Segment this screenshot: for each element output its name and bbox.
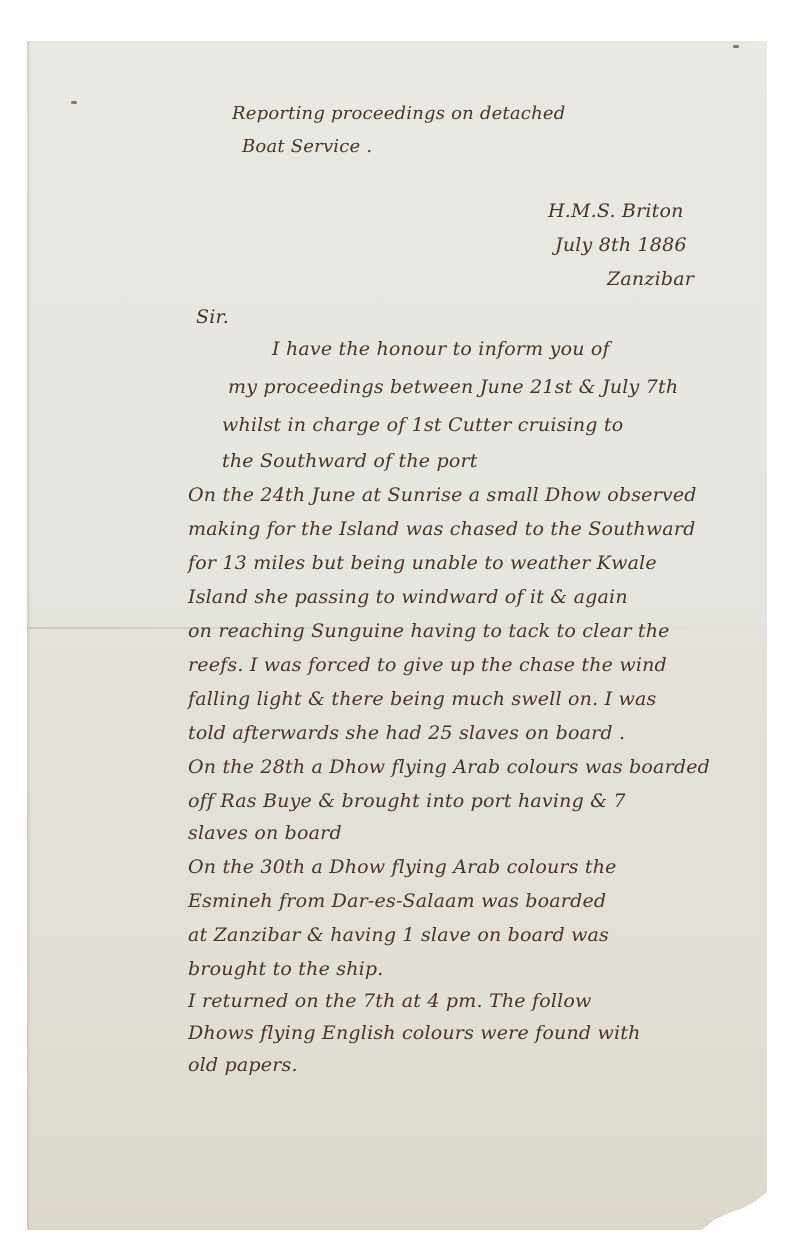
body-line: Esmineh from Dar-es-Salaam was boarded (188, 890, 606, 912)
body-line: I returned on the 7th at 4 pm. The follo… (188, 990, 592, 1012)
body-line: at Zanzibar & having 1 slave on board wa… (188, 924, 609, 946)
body-line: the Southward of the port (222, 450, 478, 472)
paper-edge-stain (27, 41, 31, 1230)
body-line: off Ras Buye & brought into port having … (188, 790, 626, 812)
body-line: I have the honour to inform you of (272, 338, 610, 360)
body-line: Island she passing to windward of it & a… (188, 586, 628, 608)
body-line: reefs. I was forced to give up the chase… (188, 654, 667, 676)
body-line: my proceedings between June 21st & July … (228, 376, 678, 398)
ink-spot (733, 45, 739, 48)
body-line: Dhows flying English colours were found … (188, 1022, 641, 1044)
body-line: told afterwards she had 25 slaves on boa… (188, 722, 625, 744)
subject-line: Reporting proceedings on detached (232, 103, 565, 124)
salutation: Sir. (196, 306, 229, 328)
body-line: brought to the ship. (188, 958, 384, 980)
body-line: making for the Island was chased to the … (188, 518, 695, 540)
body-line: On the 28th a Dhow flying Arab colours w… (188, 756, 710, 778)
ship-name: H.M.S. Briton (548, 200, 684, 222)
body-line: falling light & there being much swell o… (188, 688, 656, 710)
body-line: on reaching Sunguine having to tack to c… (188, 620, 670, 642)
body-line: whilst in charge of 1st Cutter cruising … (222, 414, 623, 436)
letter-date: July 8th 1886 (555, 234, 687, 256)
body-line: old papers. (188, 1054, 298, 1076)
body-line: On the 30th a Dhow flying Arab colours t… (188, 856, 617, 878)
body-line: On the 24th June at Sunrise a small Dhow… (188, 484, 697, 506)
body-line: slaves on board (188, 822, 342, 844)
ink-spot (71, 101, 77, 104)
subject-line: Boat Service . (242, 136, 372, 157)
body-line: for 13 miles but being unable to weather… (188, 552, 657, 574)
letter-place: Zanzibar (607, 268, 694, 290)
